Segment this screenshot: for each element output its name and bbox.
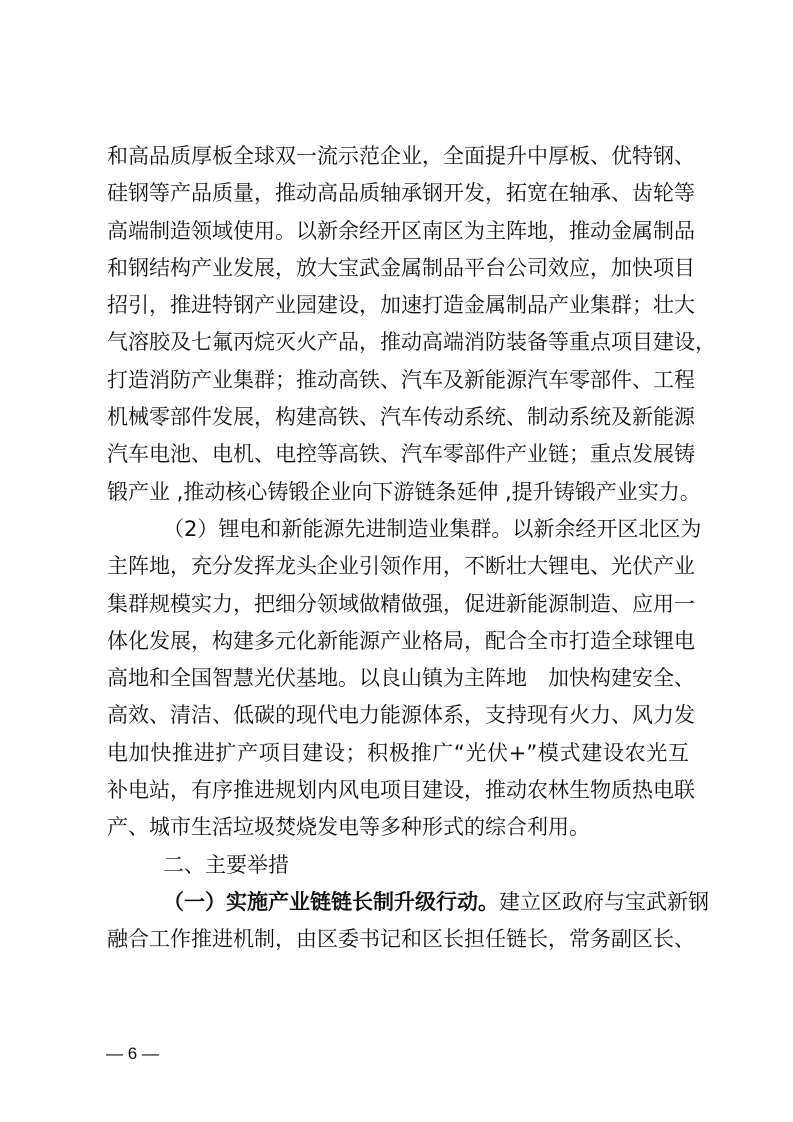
text-line: 主阵地，充分发挥龙头企业引领作用，不断壮大锂电、光伏产业 — [107, 548, 689, 585]
text-line: 体化发展，构建多元化新能源产业格局，配合全市打造全球锂电 — [107, 623, 689, 660]
subsection-line: （一）实施产业链链长制升级行动。建立区政府与宝武新钢 — [107, 884, 689, 921]
text-line: 硅钢等产品质量，推动高品质轴承钢开发，拓宽在轴承、齿轮等 — [107, 175, 689, 212]
subsection-text: 建立区政府与宝武新钢 — [499, 890, 709, 914]
text-line: 补电站，有序推进规划内风电项目建设，推动农林生物质热电联 — [107, 772, 689, 809]
body-text: 和高品质厚板全球双一流示范企业，全面提升中厚板、优特钢、 硅钢等产品质量，推动高… — [107, 138, 689, 959]
text-line: 气溶胶及七氟丙烷灭火产品，推动高端消防装备等重点项目建设， — [107, 324, 689, 361]
text-line: 和高品质厚板全球双一流示范企业，全面提升中厚板、优特钢、 — [107, 138, 689, 175]
text-line: 高端制造领域使用。以新余经开区南区为主阵地，推动金属制品 — [107, 213, 689, 250]
text-line: 融合工作推进机制，由区委书记和区长担任链长，常务副区长、 — [107, 921, 689, 958]
section-heading-main-measures: 二、主要举措 — [107, 847, 689, 884]
subsection-title: （一）实施产业链链长制升级行动。 — [163, 890, 499, 914]
text-line: 产、城市生活垃圾焚烧发电等多种形式的综合利用。 — [107, 809, 689, 846]
text-line: 高地和全国智慧光伏基地。以良山镇为主阵地 加快构建安全、 — [107, 660, 689, 697]
text-line: 高效、清洁、低碳的现代电力能源体系，支持现有火力、风力发 — [107, 697, 689, 734]
text-line: 汽车电池、电机、电控等高铁、汽车零部件产业链；重点发展铸 — [107, 436, 689, 473]
text-line: 招引，推进特钢产业园建设，加速打造金属制品产业集群；壮大 — [107, 287, 689, 324]
section-heading-lithium-cluster: （2）锂电和新能源先进制造业集群。以新余经开区北区为 — [107, 511, 689, 548]
document-page: 和高品质厚板全球双一流示范企业，全面提升中厚板、优特钢、 硅钢等产品质量，推动高… — [0, 0, 793, 1122]
text-line: 和钢结构产业发展，放大宝武金属制品平台公司效应，加快项目 — [107, 250, 689, 287]
text-line: 集群规模实力，把细分领域做精做强，促进新能源制造、应用一 — [107, 586, 689, 623]
text-line: 打造消防产业集群；推动高铁、汽车及新能源汽车零部件、工程 — [107, 362, 689, 399]
text-line: 机械零部件发展，构建高铁、汽车传动系统、制动系统及新能源 — [107, 399, 689, 436]
page-number: — 6 — — [106, 1044, 159, 1064]
text-line: 锻产业 ,推动核心铸锻企业向下游链条延伸 ,提升铸锻产业实力。 — [107, 474, 689, 511]
text-line: 电加快推进扩产项目建设；积极推广“光伏+”模式建设农光互 — [107, 735, 689, 772]
